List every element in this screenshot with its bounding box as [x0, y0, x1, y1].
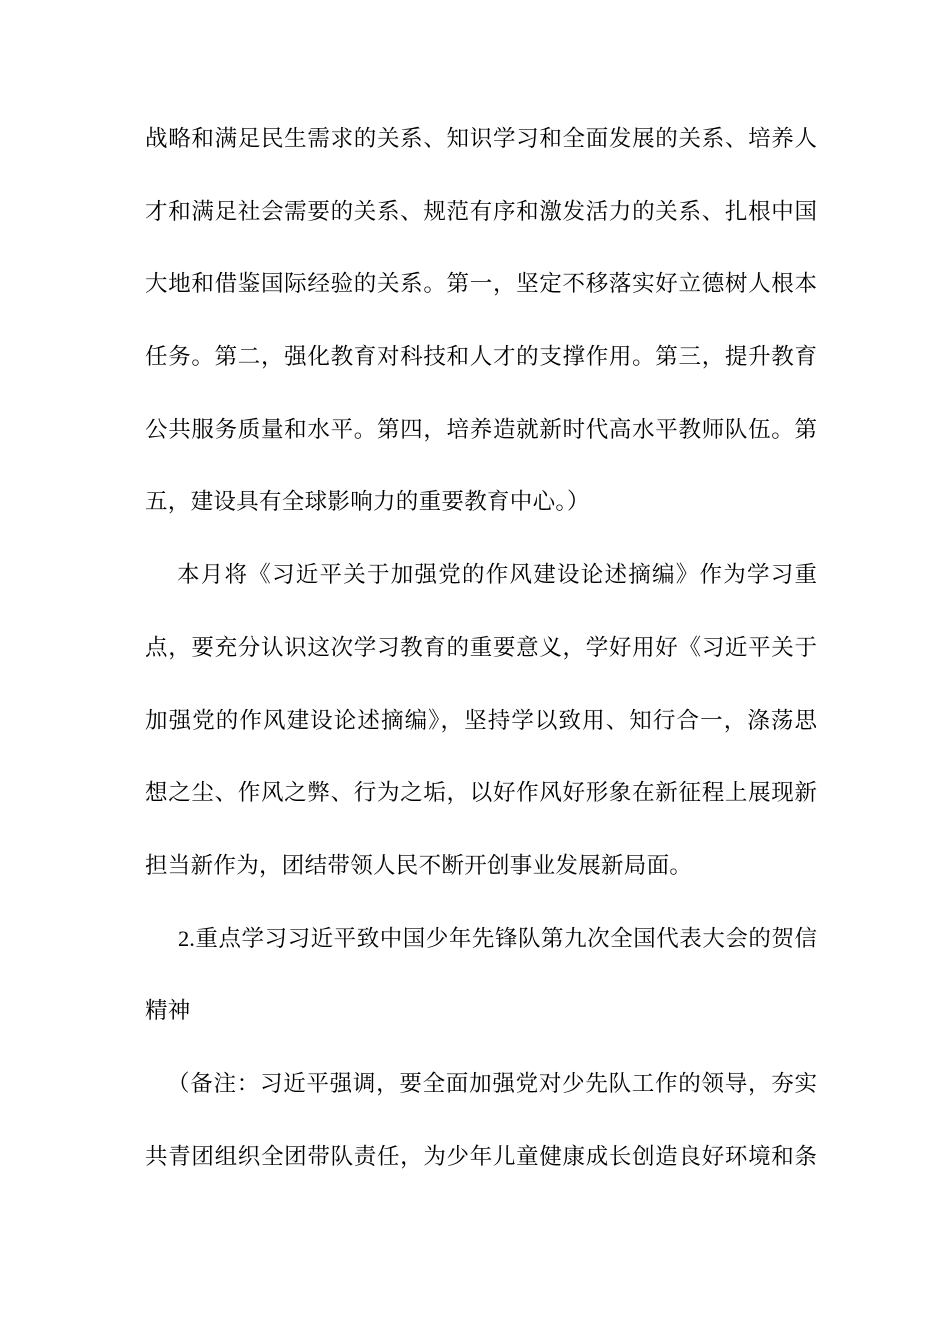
document-line: 任务。第二，强化教育对科技和人才的支撑作用。第三，提升教育	[145, 321, 817, 394]
document-line: 共青团组织全团带队责任，为少年儿童健康成长创造良好环境和条	[145, 1121, 817, 1194]
document-line: 才和满足社会需要的关系、规范有序和激发活力的关系、扎根中国	[145, 176, 817, 249]
document-line: 加强党的作风建设论述摘编》，坚持学以致用、知行合一，涤荡思	[145, 685, 817, 758]
document-page: 战略和满足民生需求的关系、知识学习和全面发展的关系、培养人 才和满足社会需要的关…	[0, 0, 950, 1344]
document-line: 大地和借鉴国际经验的关系。第一，坚定不移落实好立德树人根本	[145, 248, 817, 321]
document-text-block: 战略和满足民生需求的关系、知识学习和全面发展的关系、培养人 才和满足社会需要的关…	[145, 103, 817, 1193]
document-line-paragraph-end: 担当新作为，团结带领人民不断开创事业发展新局面。	[145, 830, 817, 903]
document-line-paragraph-start: （备注：习近平强调，要全面加强党对少先队工作的领导，夯实	[145, 1048, 817, 1121]
document-line: 战略和满足民生需求的关系、知识学习和全面发展的关系、培养人	[145, 103, 817, 176]
document-line-paragraph-start: 2.重点学习习近平致中国少年先锋队第九次全国代表大会的贺信	[145, 903, 817, 976]
document-line: 想之尘、作风之弊、行为之垢，以好作风好形象在新征程上展现新	[145, 757, 817, 830]
document-line-paragraph-start: 本月将《习近平关于加强党的作风建设论述摘编》作为学习重	[145, 539, 817, 612]
document-line-paragraph-end: 精神	[145, 975, 817, 1048]
document-line-paragraph-end: 五，建设具有全球影响力的重要教育中心。）	[145, 466, 817, 539]
document-line: 点，要充分认识这次学习教育的重要意义，学好用好《习近平关于	[145, 612, 817, 685]
document-line: 公共服务质量和水平。第四，培养造就新时代高水平教师队伍。第	[145, 394, 817, 467]
